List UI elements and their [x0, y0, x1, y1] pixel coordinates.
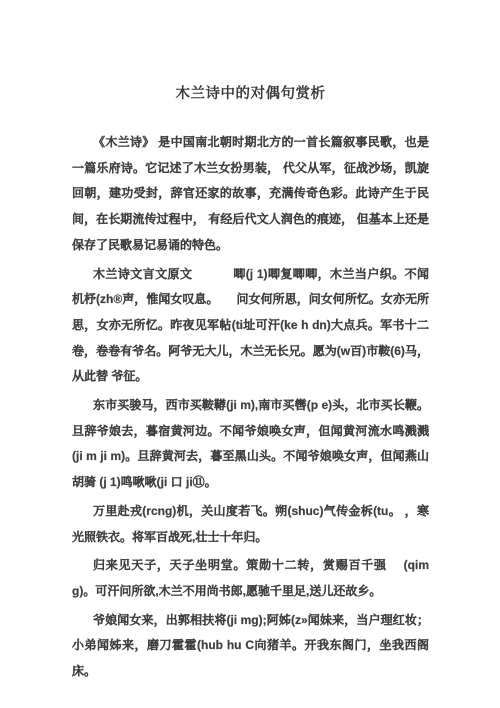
paragraph-original-text-3: 万里赴戎(rcng)机，关山度若飞。朔(shuc)气传金柝(tu。 ，寒光照铁衣…	[72, 499, 429, 550]
paragraph-original-text-1: 木兰诗文言文原文 唧(j 1)唧复唧唧，木兰当户织。不闻机杼(zh®声，惟闻女叹…	[72, 262, 429, 391]
paragraph-original-text-4: 归来见天子，天子坐明堂。策勋十二转，赏赐百千强 (qimg)。可汗问所欲,木兰不…	[72, 553, 429, 604]
paragraph-original-text-5: 爷娘闻女来，出郭相扶将(ji mg);阿姊(z»闻妹来，当户理红妆；小弟闻姊来，…	[72, 608, 429, 685]
document-title: 木兰诗中的对偶句赏析	[72, 84, 429, 104]
document-page: 木兰诗中的对偶句赏析 《木兰诗》 是中国南北朝时期北方的一首长篇叙事民歌，也是一…	[0, 0, 500, 708]
paragraph-original-text-2: 东市买骏马，西市买鞍鞯(ji m),南市买辔(p e)头，北市买长鞭。旦辞爷娘去…	[72, 393, 429, 496]
paragraph-intro: 《木兰诗》 是中国南北朝时期北方的一首长篇叙事民歌，也是一篇乐府诗。它记述了木兰…	[72, 130, 429, 259]
